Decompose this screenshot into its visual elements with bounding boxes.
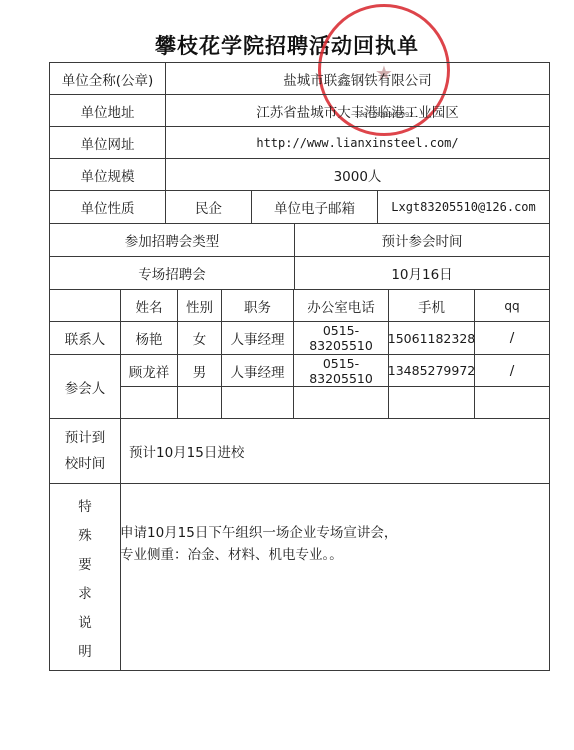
arrival-value: 预计10月15日进校 — [120, 418, 550, 484]
contact-position: 人事经理 — [221, 321, 294, 355]
address-value: 江苏省盐城市大丰港临港工业园区 — [165, 94, 550, 127]
empty-attendee-qq — [474, 386, 550, 419]
special-requirements-text: 申请10月15日下午组织一场企业专场宣讲会， 专业侧重：冶金、材料、机电专业。。 — [120, 522, 397, 566]
special-label-char: 特 — [78, 495, 92, 515]
form-title: 攀枝花学院招聘活动回执单 — [0, 30, 574, 60]
fair-type-label: 参加招聘会类型 — [49, 223, 295, 257]
empty-attendee-name — [120, 386, 178, 419]
special-requirements-label: 特 殊 要 求 说 明 — [49, 483, 121, 671]
contact-qq: / — [474, 321, 550, 355]
attendee-name: 顾龙祥 — [120, 354, 178, 387]
scale-label: 单位规模 — [49, 158, 166, 191]
contact-person-label: 联系人 — [49, 321, 121, 355]
fair-type-value: 专场招聘会 — [49, 256, 295, 290]
arrival-label-line1: 预计到 — [65, 425, 106, 451]
email-label: 单位电子邮箱 — [251, 190, 378, 224]
arrival-label-line2: 校时间 — [65, 451, 106, 477]
contacts-header-qq: qq — [474, 289, 550, 322]
special-label-char: 说 — [78, 611, 92, 631]
attendee-qq: / — [474, 354, 550, 387]
email-value: Lxgt83205510@126.com — [377, 190, 550, 224]
contacts-header-position: 职务 — [221, 289, 294, 322]
attendee-label: 参会人 — [49, 354, 121, 419]
company-name-label: 单位全称(公章) — [49, 62, 166, 95]
contacts-header-blank — [49, 289, 121, 322]
address-label: 单位地址 — [49, 94, 166, 127]
arrival-label: 预计到 校时间 — [49, 418, 121, 484]
nature-value: 民企 — [165, 190, 252, 224]
special-label-char: 明 — [78, 640, 92, 660]
contacts-header-gender: 性别 — [177, 289, 222, 322]
empty-attendee-mobile — [388, 386, 475, 419]
contacts-header-name: 姓名 — [120, 289, 178, 322]
website-value: http://www.lianxinsteel.com/ — [165, 126, 550, 159]
company-name-value: 盐城市联鑫钢铁有限公司 — [165, 62, 550, 95]
fair-time-label: 预计参会时间 — [294, 223, 550, 257]
scale-value: 3000人 — [165, 158, 550, 191]
attendee-position: 人事经理 — [221, 354, 294, 387]
contacts-header-mobile: 手机 — [388, 289, 475, 322]
contacts-header-office-phone: 办公室电话 — [293, 289, 389, 322]
special-line-2: 专业侧重：冶金、材料、机电专业。。 — [120, 544, 397, 566]
special-label-char: 要 — [78, 553, 92, 573]
nature-label: 单位性质 — [49, 190, 166, 224]
special-requirements-box — [120, 483, 550, 671]
contact-name: 杨艳 — [120, 321, 178, 355]
fair-time-value: 10月16日 — [294, 256, 550, 290]
attendee-gender: 男 — [177, 354, 222, 387]
empty-attendee-position — [221, 386, 294, 419]
contact-mobile: 15061182328 — [388, 321, 475, 355]
website-label: 单位网址 — [49, 126, 166, 159]
attendee-office-phone: 0515-83205510 — [293, 354, 389, 387]
contact-office-phone: 0515-83205510 — [293, 321, 389, 355]
attendee-mobile: 13485279972 — [388, 354, 475, 387]
special-label-char: 求 — [78, 582, 92, 602]
special-label-char: 殊 — [78, 524, 92, 544]
special-line-1: 申请10月15日下午组织一场企业专场宣讲会， — [120, 522, 397, 544]
empty-attendee-gender — [177, 386, 222, 419]
empty-attendee-office-phone — [293, 386, 389, 419]
contact-gender: 女 — [177, 321, 222, 355]
